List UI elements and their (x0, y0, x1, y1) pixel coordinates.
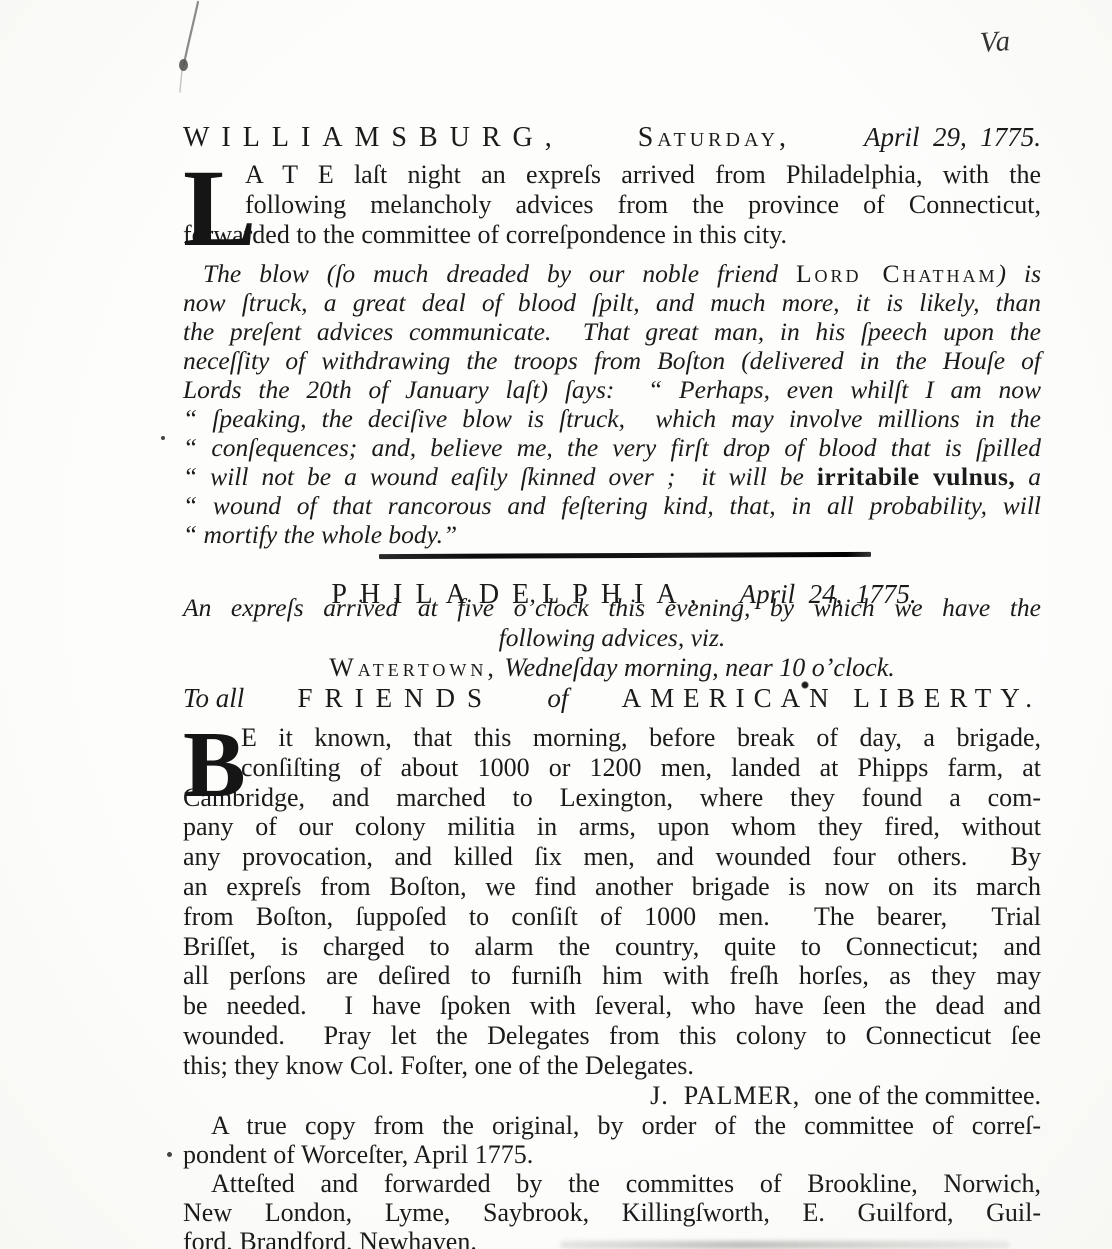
dateline-day: Saturday, (638, 122, 790, 154)
body-line: pany of our colony militia in arms, upon… (183, 812, 1041, 842)
friends-caps: FRIENDS (298, 683, 495, 714)
body-line: now ſtruck, a great deal of blood ſpilt,… (183, 288, 1041, 317)
dateline-philadelphia: PHILADELPHIA,April 24, 1775. (183, 561, 1041, 593)
body-line: the preſent advices communicate. That gr… (183, 317, 1041, 346)
body-line: An expreſs arrived at five o’clock this … (183, 593, 1041, 623)
express-intro: An expreſs arrived at five o’clock this … (183, 593, 1041, 653)
body-line: Cambridge, and marched to Lexington, whe… (183, 783, 1041, 813)
body-line: New London, Lyme, Saybrook, Killingſwort… (183, 1198, 1041, 1227)
body-line: neceſſity of withdrawing the troops from… (183, 346, 1041, 375)
quote-line: “ ſpeaking, the deciſive blow is ſtruck,… (183, 404, 1041, 433)
body-line: ford, Brandford, Newhaven. (183, 1227, 1041, 1249)
address-line: To all FRIENDS of AMERICAN LIBERTY. (183, 683, 1041, 717)
drop-cap-L: L (183, 160, 245, 218)
body-line: E it known, that this morning, before br… (183, 723, 1041, 753)
body-line: Lords the 20th of January laſt) ſays: “ … (183, 375, 1041, 404)
latin-phrase: irritabile vulnus, (817, 462, 1015, 491)
body-line: Briſſet, is charged to alarm the country… (183, 932, 1041, 962)
ink-speck (161, 436, 165, 440)
body-line: A true copy from the original, by order … (183, 1111, 1041, 1140)
signer-role: one of the committee. (814, 1081, 1041, 1110)
quote-line: “ conſequences; and, believe me, the ver… (183, 433, 1041, 462)
dateline-watertown: Watertown, Wedneſday morning, near 10 o’… (183, 653, 1041, 683)
chatham-paragraph: The blow (ſo much dreaded by our noble f… (183, 259, 1041, 549)
body-line: following melancholy advices from the pr… (183, 190, 1041, 220)
dateline-date: April 29, 1775. (864, 122, 1041, 153)
body-line: wounded. Pray let the Delegates from thi… (183, 1021, 1041, 1051)
opening-paragraph: L A T E laſt night an expreſs arrived fr… (183, 160, 1041, 249)
bulletin-paragraph: B E it known, that this morning, before … (183, 723, 1041, 1081)
body-line: The blow (ſo much dreaded by our noble f… (183, 259, 1041, 288)
quote-line: “ wound of that rancorous and feſtering … (183, 491, 1041, 520)
body-line: forwarded to the committee of correſpond… (183, 220, 1041, 250)
dateline-city: Watertown, (329, 653, 498, 682)
lord-chatham-smallcaps: Lord Chatham (796, 259, 998, 288)
newspaper-page: Va WILLIAMSBURG, Saturday, April 29, 177… (0, 0, 1112, 1249)
body-line: Atteſted and forwarded by the committes … (183, 1169, 1041, 1198)
body-line: be needed. I have ſpoken with ſeveral, w… (183, 991, 1041, 1021)
body-line: any provocation, and killed ſix men, and… (183, 842, 1041, 872)
body-line: pondent of Worceſter, April 1775. (183, 1140, 1041, 1169)
quote-line: “ will not be a wound eaſily ſkinned ove… (183, 462, 1041, 491)
text-column: WILLIAMSBURG, Saturday, April 29, 1775. … (183, 122, 1041, 1249)
drop-cap-B: B (183, 723, 241, 781)
body-line: all perſons are deſired to furniſh him w… (183, 961, 1041, 991)
quote-line: “ mortify the whole body.” (183, 520, 1041, 549)
dateline-time: Wedneſday morning, near 10 o’clock. (498, 653, 895, 682)
body-line: this; they know Col. Foſter, one of the … (183, 1051, 1041, 1081)
body-line: A T E laſt night an expreſs arrived from… (183, 160, 1041, 190)
body-line: an expreſs from Boſton, we find another … (183, 872, 1041, 902)
body-line: conſiſting of about 1000 or 1200 men, la… (183, 753, 1041, 783)
pen-stroke-mark (168, 0, 212, 100)
american-liberty-caps: AMERICAN LIBERTY. (622, 683, 1041, 714)
section-divider-rule (379, 552, 871, 559)
signature-line: J. PALMER,one of the committee. (183, 1081, 1041, 1111)
body-line: following advices, viz. (183, 623, 1041, 653)
handwritten-annotation: Va (979, 25, 1012, 60)
attestation-paragraph: A true copy from the original, by order … (183, 1111, 1041, 1249)
ink-speck (167, 1152, 172, 1157)
body-line: from Boſton, ſuppoſed to conſiſt of 1000… (183, 902, 1041, 932)
signer-name: J. PALMER, (650, 1081, 800, 1110)
dateline-williamsburg: WILLIAMSBURG, Saturday, April 29, 1775. (183, 122, 1041, 152)
